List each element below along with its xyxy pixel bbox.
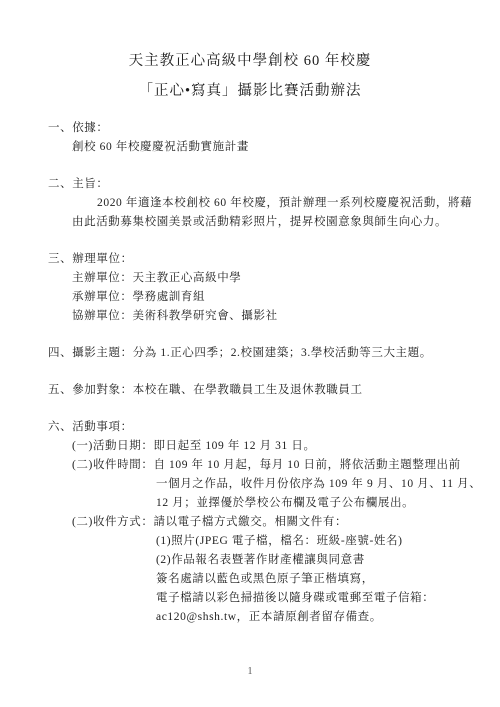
section-purpose-text-line-1: 2020 年適逢本校創校 60 年校慶，預計辦理一系列校慶慶祝活動，將藉	[0, 194, 500, 213]
section-participants-heading: 五、參加對象：本校在職、在學教職員工生及退休教職員工	[0, 381, 500, 400]
section-organizers-heading: 三、辦理單位：	[0, 250, 500, 269]
submission-method-form-item: (2)作品報名表暨著作財產權讓與同意書	[0, 551, 500, 570]
page-number: 1	[0, 666, 500, 677]
section-basis-body: 創校 60 年校慶慶祝活動實施計畫	[0, 138, 500, 157]
document-page: 天主教正心高級中學創校 60 年校慶 「正心•寫真」攝影比賽活動辦法 一、依據：…	[0, 0, 500, 707]
section-purpose-text-line-2: 由此活動募集校園美景或活動精彩照片，提昇校園意象與師生向心力。	[0, 213, 500, 232]
section-themes-heading: 四、攝影主題：分為 1.正心四季；2.校園建築；3.學校活動等三大主題。	[0, 344, 500, 363]
submission-method-photo-item: (1)照片(JPEG 電子檔，檔名：班級-座號-姓名)	[0, 532, 500, 551]
activity-date-item: (一)活動日期：即日起至 109 年 12 月 31 日。	[0, 437, 500, 456]
section-activities-heading: 六、活動事項：	[0, 418, 500, 437]
organizer-co-organizer: 協辦單位：美術科教學研究會、攝影社	[0, 307, 500, 326]
submission-method-scan-note: 電子檔請以彩色掃描後以隨身碟或電郵至電子信箱：	[0, 589, 500, 608]
document-title-line-1: 天主教正心高級中學創校 60 年校慶	[0, 46, 500, 76]
submission-time-line-3: 12 月；並擇優於學校公布欄及電子公布欄展出。	[0, 494, 500, 513]
section-purpose-heading: 二、主旨：	[0, 175, 500, 194]
section-basis-heading: 一、依據：	[0, 119, 500, 138]
submission-method-signature-note: 簽名處請以藍色或黑色原子筆正楷填寫，	[0, 570, 500, 589]
organizer-main: 主辦單位：天主教正心高級中學	[0, 269, 500, 288]
document-title-line-2: 「正心•寫真」攝影比賽活動辦法	[0, 76, 500, 106]
submission-time-line-1: (二)收件時間：自 109 年 10 月起，每月 10 日前，將依活動主題整理出…	[0, 456, 500, 475]
submission-method-email-line: ac120@shsh.tw，正本請原創者留存備查。	[0, 608, 500, 627]
submission-method-line-1: (二)收件方式：請以電子檔方式繳交。相關文件有：	[0, 513, 500, 532]
organizer-undertaker: 承辦單位：學務處訓育組	[0, 288, 500, 307]
submission-time-line-2: 一個月之作品，收件月份依序為 109 年 9 月、10 月、11 月、	[0, 475, 500, 494]
